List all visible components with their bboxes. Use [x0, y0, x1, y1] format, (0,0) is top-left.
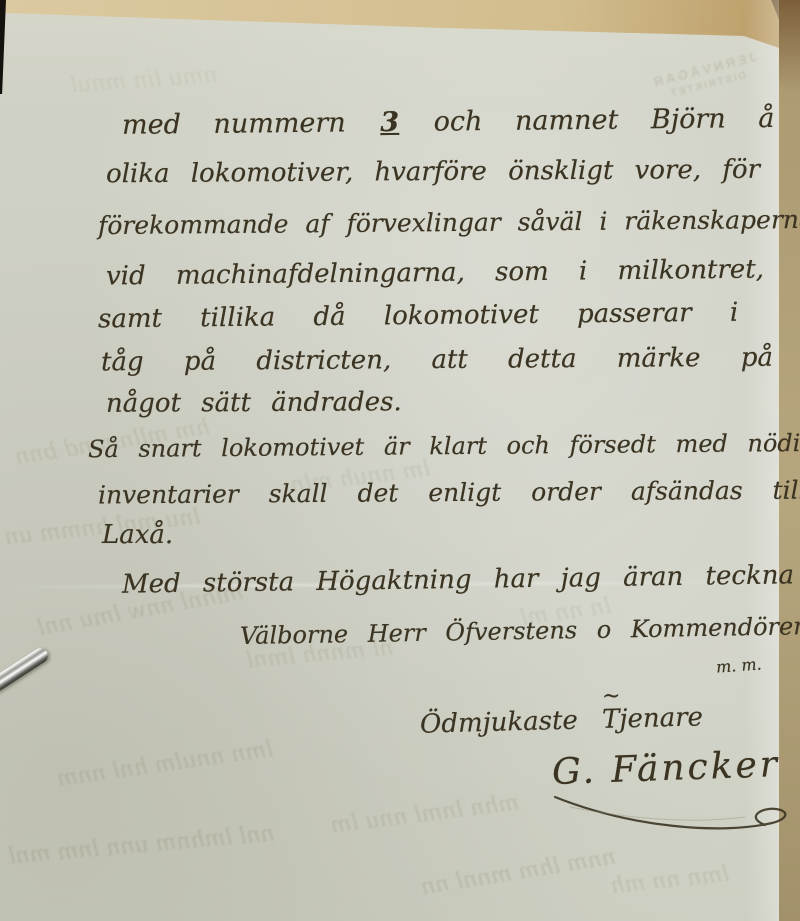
bleedthrough-text: lmn nnulm hnl nnm: [55, 737, 274, 792]
handwriting-line: med nummern 3 och namnet Björn å två: [122, 102, 800, 141]
bleedthrough-text: lmn nn mh: [609, 862, 730, 899]
handwriting-text: med nummern: [122, 107, 346, 140]
page-holder-rod: [0, 645, 51, 692]
bleedthrough-text: nnm lhm mnnl nn: [419, 845, 617, 900]
closing-addressee: Välborne Herr Öfverstens o Kommendörens: [240, 612, 800, 650]
closing-greeting: Med största Högaktning har jag äran teck…: [122, 560, 794, 599]
handwriting-line: samt tillika då lokomotivet passerar i: [98, 298, 739, 335]
bleedthrough-text: mhn lnml nnu lm: [329, 791, 520, 839]
archive-photo: JERNVÄGAR DISTRIKTET nmu lin mnul lm nnu…: [0, 0, 800, 921]
handwriting-line: Så snart lokomotivet är klart och försed…: [88, 429, 800, 463]
handwriting-line: inventarier skall det enligt order afsän…: [98, 476, 800, 510]
underlined-number: 3: [378, 107, 401, 138]
handwriting-line: förekommande af förvexlingar såväl i räk…: [98, 205, 800, 240]
closing-mm: m. m.: [715, 654, 762, 676]
handwriting-line: tåg på districten, att detta märke på: [101, 343, 773, 378]
handwriting-text: och namnet Björn å två: [434, 102, 800, 137]
signature: G. Fäncker: [551, 744, 780, 793]
page-top-edge: [0, 0, 800, 58]
bleedthrough-text: nnl lmhnm unn lnm mnl: [7, 821, 275, 869]
handwriting-line: vid machinafdelningarna, som i milkontre…: [106, 255, 764, 292]
top-left-dark-sliver: [0, 0, 6, 94]
closing-valediction: Ödmjukaste Tjenare: [420, 702, 704, 739]
handwriting-line: Laxå.: [102, 520, 173, 550]
bleedthrough-text: nmu lin mnul: [69, 63, 218, 98]
handwriting-line: något sätt ändrades.: [106, 387, 402, 419]
handwriting-line: olika lokomotiver, hvarföre önskligt vor…: [106, 155, 760, 190]
